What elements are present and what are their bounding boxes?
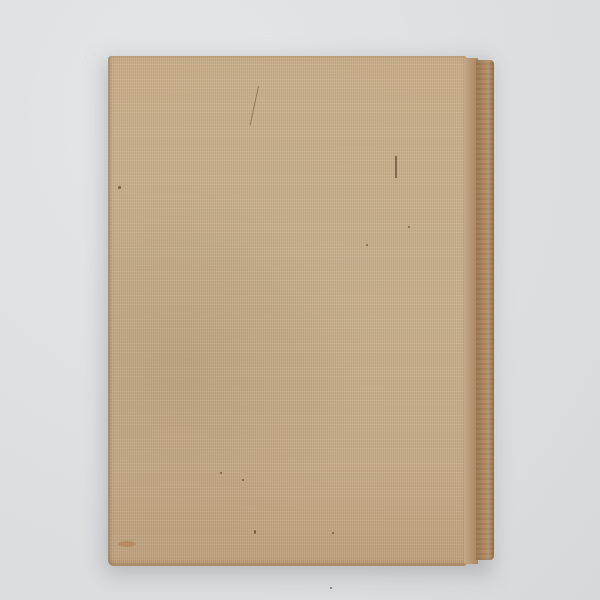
cover-blemish: [408, 226, 410, 228]
cover-blemish: [366, 244, 368, 246]
cover-scratch: [250, 86, 259, 125]
book-spine: [476, 60, 494, 560]
cover-blemish: [118, 186, 121, 189]
book: [108, 54, 494, 568]
cover-blemish: [254, 530, 256, 534]
cover-blemish: [330, 587, 332, 589]
cover-stain: [118, 541, 136, 547]
cover-scratch: [395, 156, 397, 178]
cover-blemish: [242, 479, 244, 481]
cover-blemish: [220, 472, 222, 474]
cover-blemish: [332, 532, 334, 534]
book-back-cover: [108, 56, 466, 566]
